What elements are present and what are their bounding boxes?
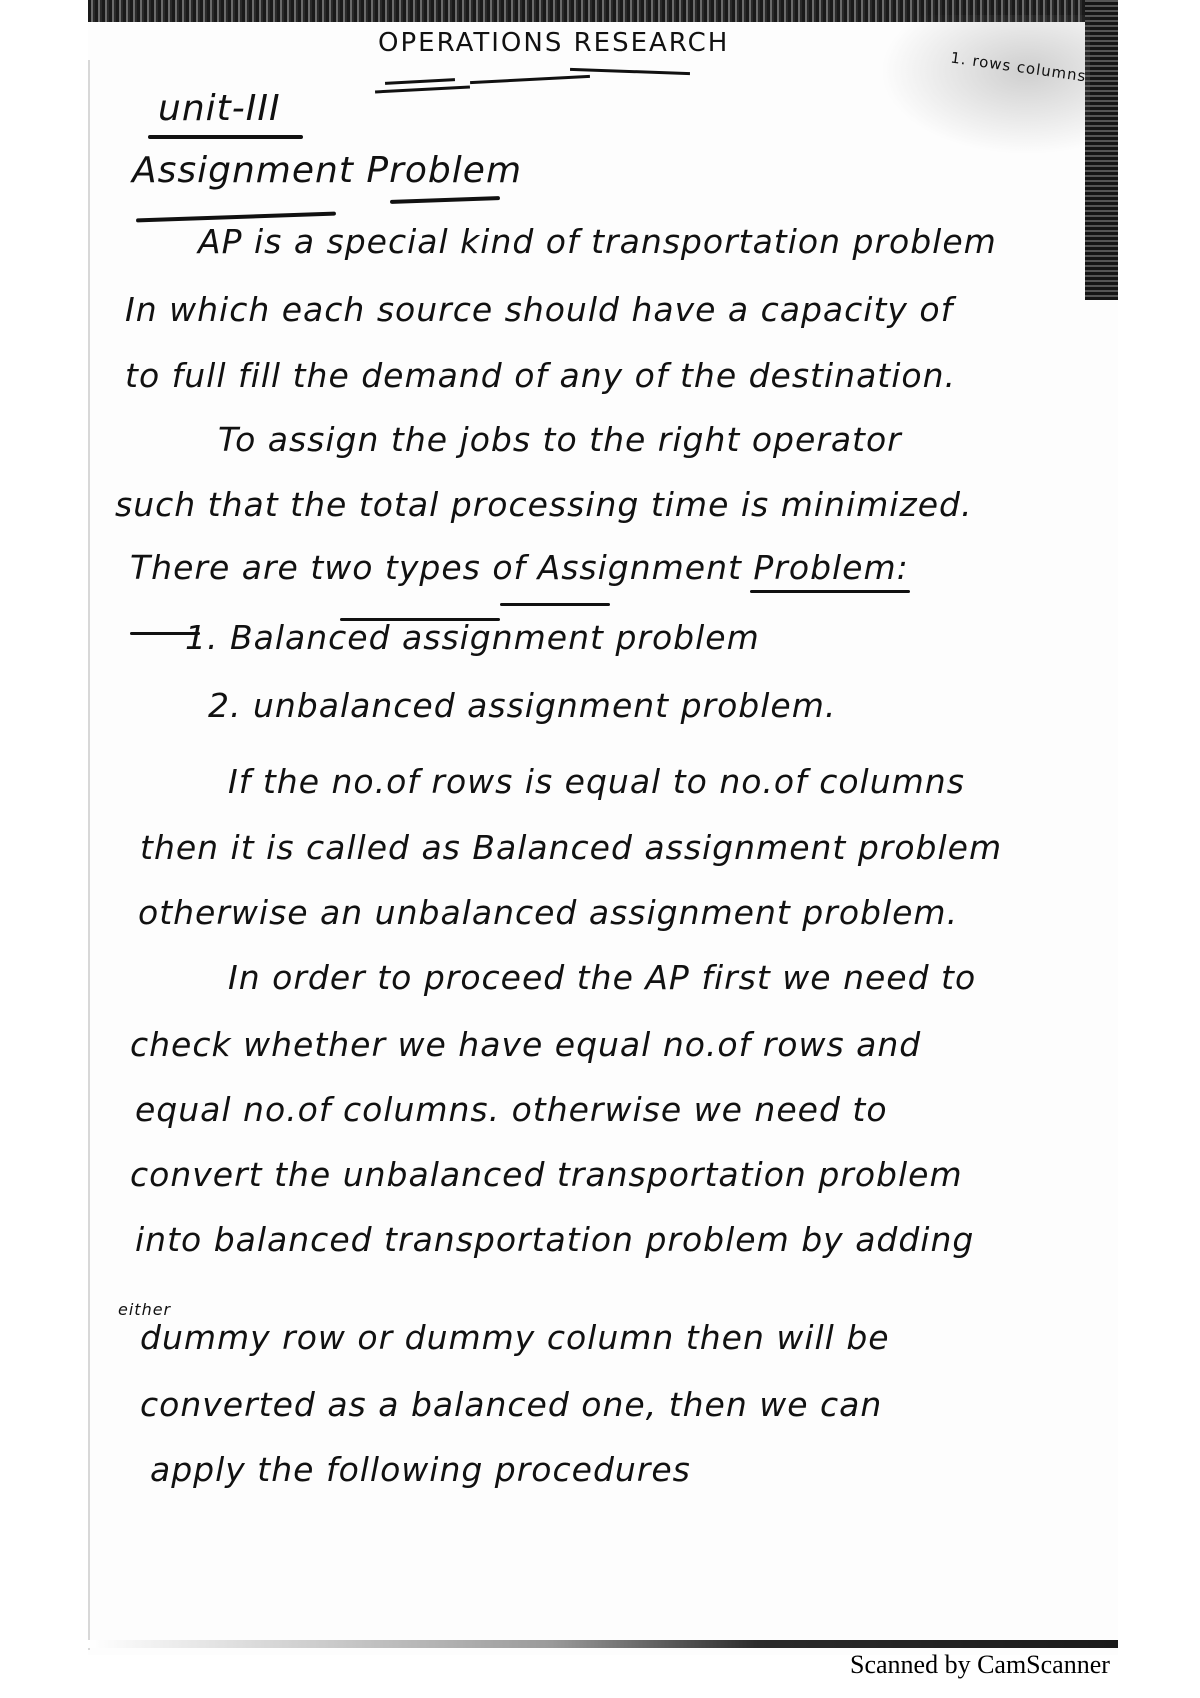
text-line: such that the total processing time is m…	[115, 485, 972, 524]
decorative-underline	[500, 603, 610, 606]
text-line: dummy row or dummy column then will be	[140, 1318, 890, 1357]
text-line: If the no.of rows is equal to no.of colu…	[228, 762, 965, 801]
section-heading: Assignment Problem	[132, 150, 522, 191]
text-line: then it is called as Balanced assignment…	[140, 828, 1002, 867]
text-line: apply the following procedures	[150, 1450, 691, 1489]
scan-edge-bottom	[88, 1640, 1118, 1648]
text-line: In which each source should have a capac…	[125, 290, 953, 329]
text-line: otherwise an unbalanced assignment probl…	[138, 893, 958, 932]
scan-smudge	[880, 15, 1090, 155]
text-line: converted as a balanced one, then we can	[140, 1385, 882, 1424]
text-line: into balanced transportation problem by …	[135, 1220, 974, 1259]
text-line: equal no.of columns. otherwise we need t…	[135, 1090, 888, 1129]
text-line: There are two types of Assignment Proble…	[130, 548, 909, 587]
unit-underline	[148, 135, 303, 139]
insert-note: either	[118, 1300, 171, 1319]
scan-edge-left	[88, 60, 90, 1650]
text-line: In order to proceed the AP first we need…	[228, 958, 976, 997]
page-title: OPERATIONS RESEARCH	[378, 28, 729, 58]
scanner-watermark: Scanned by CamScanner	[850, 1650, 1110, 1680]
decorative-underline	[750, 590, 910, 593]
text-line: convert the unbalanced transportation pr…	[130, 1155, 963, 1194]
text-line: To assign the jobs to the right operator	[218, 420, 902, 459]
text-line: check whether we have equal no.of rows a…	[130, 1025, 921, 1064]
list-item: 1. Balanced assignment problem	[185, 618, 760, 657]
unit-label: unit-III	[158, 88, 281, 129]
text-line: to full fill the demand of any of the de…	[125, 356, 956, 395]
list-item: 2. unbalanced assignment problem.	[208, 686, 836, 725]
text-line: AP is a special kind of transportation p…	[198, 222, 997, 261]
